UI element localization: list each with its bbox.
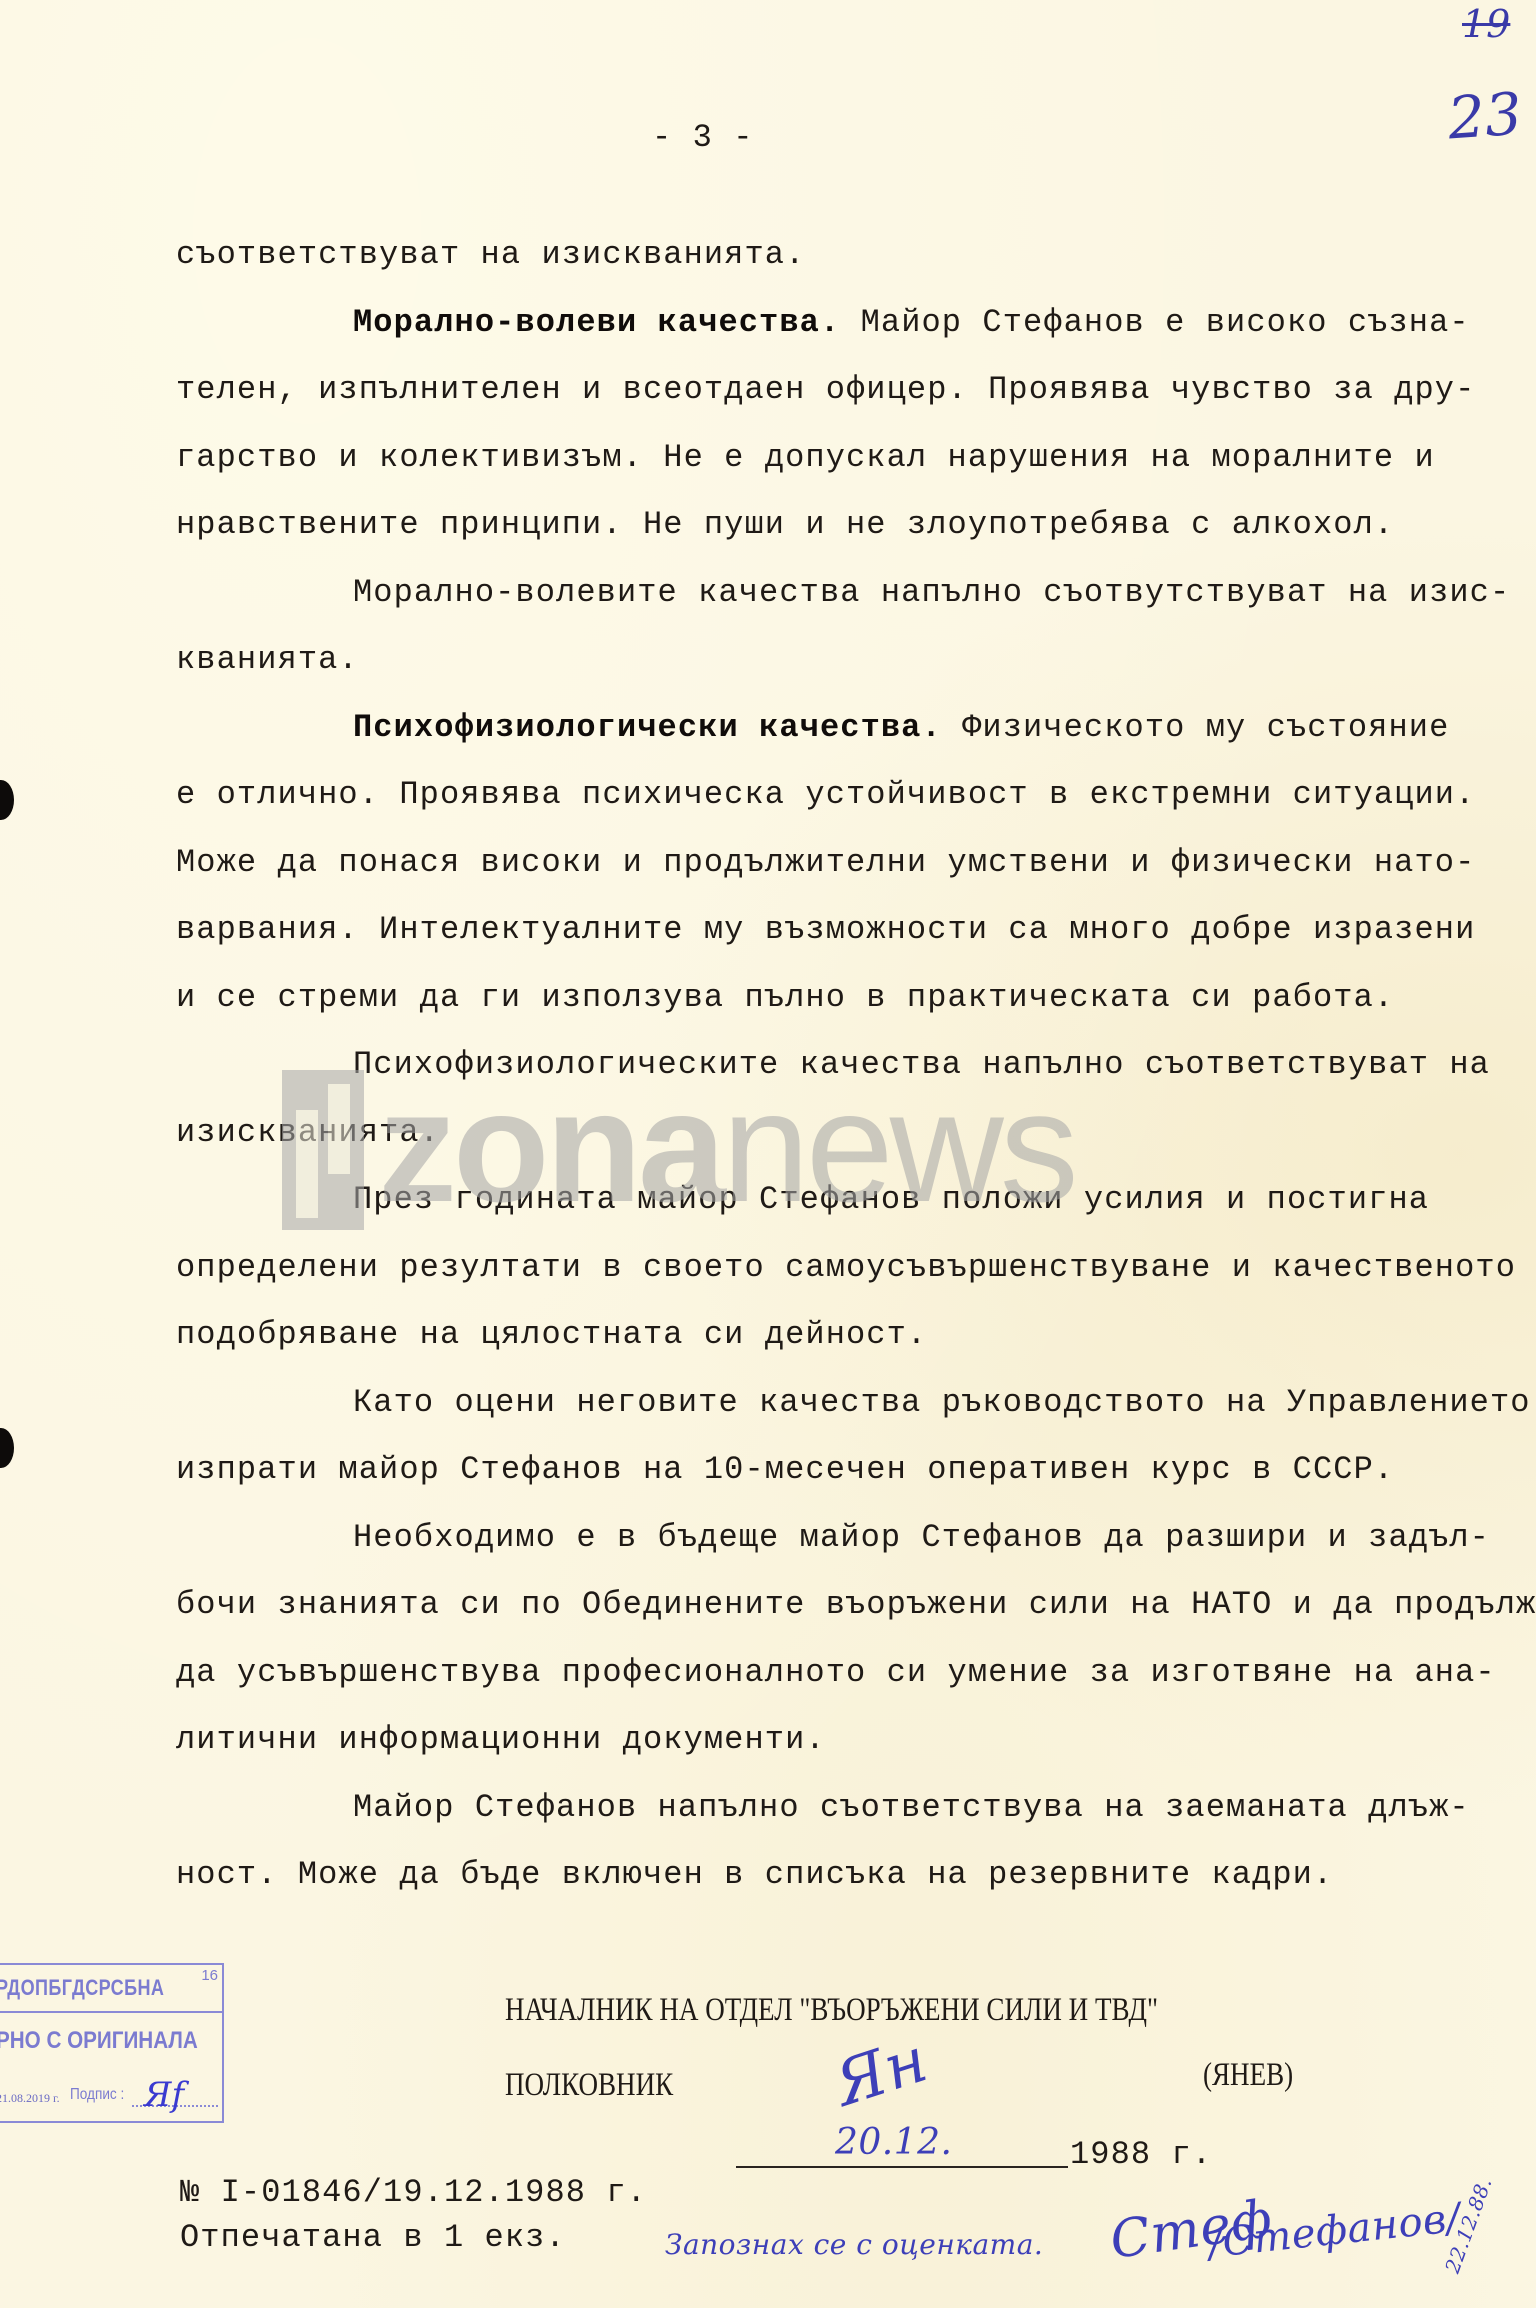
body-line: определени резултати в своето самоусъвър… [176,1248,1516,1288]
body-line: кванията. [176,640,359,680]
body-line-text: телен, изпълнителен и всеотдаен офицер. … [176,371,1475,408]
body-line: съответствуват на изискванията. [176,235,805,275]
date-handwritten: 20.12. [835,2122,953,2163]
folio-mark-current: 23 [1446,80,1524,153]
body-line-text: ност. Може да бъде включен в списъка на … [176,1856,1333,1893]
body-line-text: определени резултати в своето самоусъвър… [176,1249,1516,1286]
body-line: да усъвършенствува професионалното си ум… [176,1653,1496,1693]
watermark-text: zonanews [378,1072,1075,1222]
stamp-signature-label: Подпис : [70,2086,124,2104]
signature-name: (ЯНЕВ) [1203,2055,1293,2095]
body-line: подобряване на цялостната си дейност. [176,1315,927,1355]
section-heading: Психофизиологически качества. [353,709,942,746]
body-line-text: подобряване на цялостната си дейност. [176,1316,927,1353]
body-line-text: Може да понася високи и продължителни ум… [176,844,1475,881]
body-line: ност. Може да бъде включен в списъка на … [176,1855,1333,1895]
body-line: Може да понася високи и продължителни ум… [176,843,1475,883]
handwritten-signature: Ян [826,2023,936,2121]
body-line: Морално-волевите качества напълно съотву… [353,573,1510,613]
body-line: телен, изпълнителен и всеотдаен офицер. … [176,370,1475,410]
body-line: изпрати майор Стефанов на 10-месечен опе… [176,1450,1394,1490]
body-line: бочи знанията си по Обединените въоръжен… [176,1585,1536,1625]
body-line-text: варвания. Интелектуалните му възможности… [176,911,1475,948]
body-line: Необходимо е в бъдеще майор Стефанов да … [353,1518,1490,1558]
copies-note: Отпечатана в 1 екз. [180,2218,566,2258]
reference-number: № I-01846/19.12.1988 г. [180,2173,647,2213]
body-line-text: Като оцени неговите качества ръководство… [353,1384,1531,1421]
signature-rank: ПОЛКОВНИК [505,2065,673,2105]
page-number: - 3 - [652,118,754,158]
punch-hole-lower [0,1428,14,1468]
date-underline [736,2166,1068,2168]
body-line-text: Физическото му състояние [942,709,1450,746]
body-line-text: да усъвършенствува професионалното си ум… [176,1654,1496,1691]
body-line: Майор Стефанов напълно съответствува на … [353,1788,1470,1828]
body-line-text: нравствените принципи. Не пуши и не злоу… [176,506,1394,543]
stamp-organization: РДОПБГДСРСБНА [0,1975,164,2001]
stamp-date: 21.08.2019 г. [0,2091,60,2106]
section-heading: Морално-волеви качества. [353,304,840,341]
body-line-text: и се стреми да ги използува пълно в прак… [176,979,1394,1016]
watermark-logo-icon [282,1070,364,1230]
stamp-certified-text: РНО С ОРИГИНАЛА [0,2027,198,2055]
folio-mark-crossed: 19 [1462,2,1510,46]
date-year: 1988 г. [1070,2135,1212,2175]
watermark: zonanews [282,1070,1222,1230]
body-line: варвания. Интелектуалните му възможности… [176,910,1475,950]
stamp-header: РДОПБГДСРСБНА 16 [0,1965,222,2013]
body-line: нравствените принципи. Не пуши и не злоу… [176,505,1394,545]
body-line: Като оцени неговите качества ръководство… [353,1383,1531,1423]
body-line-text: е отлично. Проявява психическа устойчиво… [176,776,1475,813]
body-line-text: Морално-волевите качества напълно съотву… [353,574,1510,611]
body-line-text: Майор Стефанов е високо съзна- [840,304,1469,341]
stamp-signature: Яf [144,2075,184,2115]
body-line: и се стреми да ги използува пълно в прак… [176,978,1394,1018]
body-line: гарство и колективизъм. Не е допускал на… [176,438,1435,478]
body-line-text: Майор Стефанов напълно съответствува на … [353,1789,1470,1826]
punch-hole-upper [0,780,14,820]
body-line-text: Необходимо е в бъдеще майор Стефанов да … [353,1519,1490,1556]
signature-position-title: НАЧАЛНИК НА ОТДЕЛ "ВЪОРЪЖЕНИ СИЛИ И ТВД" [505,1990,1158,2030]
body-line-text: гарство и колективизъм. Не е допускал на… [176,439,1435,476]
certification-stamp: РДОПБГДСРСБНА 16 РНО С ОРИГИНАЛА 21.08.2… [0,1963,224,2123]
body-line-text: бочи знанията си по Обединените въоръжен… [176,1586,1536,1623]
body-line: е отлично. Проявява психическа устойчиво… [176,775,1475,815]
body-line-text: изпрати майор Стефанов на 10-месечен опе… [176,1451,1394,1488]
acknowledgement-text: Запознах се с оценката. [665,2228,1043,2261]
body-line: литични информационни документи. [176,1720,826,1760]
body-line-text: литични информационни документи. [176,1721,826,1758]
body-line-text: съответствуват на изискванията. [176,236,805,273]
document-page: 19 23 - 3 - съответствуват на изисквания… [0,0,1536,2308]
body-line: Морално-волеви качества. Майор Стефанов … [353,303,1470,343]
body-line: Психофизиологически качества. Физическот… [353,708,1449,748]
body-line-text: кванията. [176,641,359,678]
stamp-number: 16 [201,1967,218,1984]
